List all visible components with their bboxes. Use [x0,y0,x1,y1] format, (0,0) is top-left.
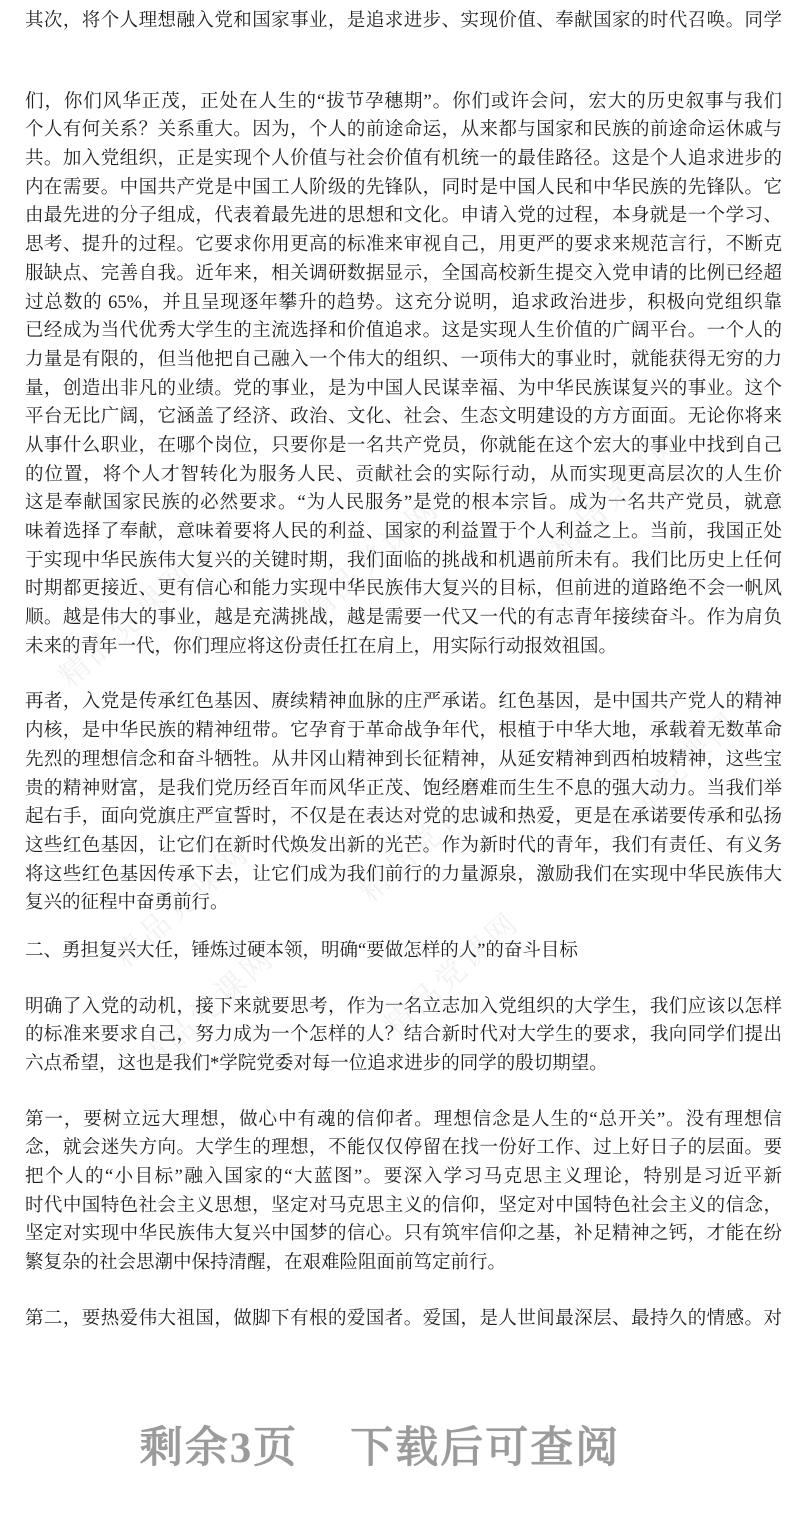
text-line: 已经成为当代优秀大学生的主流选择和价值追求。这是实现人生价值的广阔平台。一个人的 [25,317,782,346]
heading-line: 二、勇担复兴大任，锤炼过硬本领，明确“要做怎样的人”的奋斗目标 [25,937,782,966]
download-banner[interactable]: 剩余3页下载后可查阅 [0,1414,780,1475]
paragraph-first-hope-ideals: 第一，要树立远大理想，做心中有魂的信仰者。理想信念是人生的“总开关”。没有理想信… [25,1106,782,1278]
text-line: 明确了入党的动机，接下来就要思考，作为一名立志加入党组织的大学生，我们应该以怎样 [25,993,782,1022]
text-line: 内在需要。中国共产党是中国工人阶级的先锋队，同时是中国人民和中华民族的先锋队。它 [25,174,782,203]
text-line: 第二，要热爱伟大祖国，做脚下有根的爱国者。爱国，是人世间最深层、最持久的情感。对 [25,1305,782,1334]
text-line: 的标准来要求自己，努力成为一个怎样的人？结合新时代对大学生的要求，我向同学们提出 [25,1021,782,1050]
text-line: 未来的青年一代，你们理应将这份责任扛在肩上，用实际行动报效祖国。 [25,633,782,662]
text-line: 把个人的“小目标”融入国家的“大蓝图”。要深入学习马克思主义理论，特别是习近平新 [25,1163,782,1192]
text-line: 力量是有限的，但当他把自己融入一个伟大的组织、一项伟大的事业时，就能获得无穷的力 [25,346,782,375]
text-line: 六点希望，这也是我们*学院党委对每一位追求进步的同学的殷切期望。 [25,1050,782,1079]
text-line: 思考、提升的过程。它要求你用更高的标准来审视自己，用更严的要求来规范言行，不断克 [25,231,782,260]
text-line: 贵的精神财富，是我们党历经百年而风华正茂、饱经磨难而生生不息的强大动力。当我们举 [25,775,782,804]
text-line: 繁复杂的社会思潮中保持清醒，在艰难险阻面前笃定前行。 [25,1249,782,1278]
text-line: 将这些红色基因传承下去，让它们成为我们前行的力量源泉，激励我们在实现中华民族伟大 [25,861,782,890]
text-line: 的位置，将个人才智转化为服务人民、贡献社会的实际行动，从而实现更高层次的人生价值… [25,461,782,490]
text-line: 从事什么职业，在哪个岗位，只要你是一名共产党员，你就能在这个宏大的事业中找到自己 [25,432,782,461]
text-line: 第一，要树立远大理想，做心中有魂的信仰者。理想信念是人生的“总开关”。没有理想信 [25,1106,782,1135]
text-line: 复兴的征程中奋勇前行。 [25,889,782,918]
download-hint-label: 下载后可查阅 [350,1425,620,1472]
paragraph-red-gene-heritage: 再者，入党是传承红色基因、赓续精神血脉的庄严承诺。红色基因，是中国共产党人的精神… [25,688,782,918]
paragraph-previous-page-tail: 其次，将个人理想融入党和国家事业，是追求进步、实现价值、奉献国家的时代召唤。同学 [25,7,782,36]
text-line: 时期都更接近、更有信心和能力实现中华民族伟大复兴的目标，但前进的道路绝不会一帆风 [25,575,782,604]
text-line: 坚定对实现中华民族伟大复兴中国梦的信心。只有筑牢信仰之基，补足精神之钙，才能在纷 [25,1220,782,1249]
text-line: 顺。越是伟大的事业，越是充满挑战，越是需要一代又一代的有志青年接续奋斗。作为肩负 [25,604,782,633]
text-line: 由最先进的分子组成，代表着最先进的思想和文化。申请入党的过程，本身就是一个学习、 [25,202,782,231]
text-line: 这是奉献国家民族的必然要求。“为人民服务”是党的根本宗旨。成为一名共产党员，就意 [25,489,782,518]
text-line: 内核，是中华民族的精神纽带。它孕育于革命战争年代，根植于中华大地，承载着无数革命 [25,717,782,746]
text-line: 先烈的理想信念和奋斗牺牲。从井冈山精神到长征精神，从延安精神到西柏坡精神，这些宝 [25,746,782,775]
text-line: 共。加入党组织，正是实现个人价值与社会价值有机统一的最佳路径。这是个人追求进步的 [25,145,782,174]
document-body: 其次，将个人理想融入党和国家事业，是追求进步、实现价值、奉献国家的时代召唤。同学… [0,0,800,1334]
text-line: 这些红色基因，让它们在新时代焕发出新的光芒。作为新时代的青年，我们有责任、有义务 [25,832,782,861]
text-line: 其次，将个人理想融入党和国家事业，是追求进步、实现价值、奉献国家的时代召唤。同学 [25,7,782,36]
text-line: 们，你们风华正茂，正处在人生的“拔节孕穗期”。你们或许会问，宏大的历史叙事与我们 [25,88,782,117]
paragraph-six-hopes-intro: 明确了入党的动机，接下来就要思考，作为一名立志加入党组织的大学生，我们应该以怎样… [25,993,782,1079]
paragraph-join-party-motivation: 们，你们风华正茂，正处在人生的“拔节孕穗期”。你们或许会问，宏大的历史叙事与我们… [25,88,782,662]
text-line: 于实现中华民族伟大复兴的关键时期，我们面临的挑战和机遇前所未有。我们比历史上任何 [25,547,782,576]
text-line: 个人有何关系？关系重大。因为，个人的前途命运，从来都与国家和民族的前途命运休戚与 [25,116,782,145]
text-line: 再者，入党是传承红色基因、赓续精神血脉的庄严承诺。红色基因，是中国共产党人的精神 [25,688,782,717]
text-line: 服缺点、完善自我。近年来，相关调研数据显示，全国高校新生提交入党申请的比例已经超 [25,260,782,289]
paragraph-second-hope-patriotism: 第二，要热爱伟大祖国，做脚下有根的爱国者。爱国，是人世间最深层、最持久的情感。对 [25,1305,782,1334]
section-heading-two: 二、勇担复兴大任，锤炼过硬本领，明确“要做怎样的人”的奋斗目标 [25,937,782,966]
text-line: 平台无比广阔，它涵盖了经济、政治、文化、社会、生态文明建设的方方面面。无论你将来 [25,403,782,432]
text-line: 时代中国特色社会主义思想，坚定对马克思主义的信仰，坚定对中国特色社会主义的信念， [25,1192,782,1221]
text-line: 量，创造出非凡的业绩。党的事业，是为中国人民谋幸福、为中华民族谋复兴的事业。这个 [25,375,782,404]
text-line: 过总数的 65%，并且呈现逐年攀升的趋势。这充分说明，追求政治进步，积极向党组织… [25,289,782,318]
text-line: 念，就会迷失方向。大学生的理想，不能仅仅停留在找一份好工作、过上好日子的层面。要 [25,1134,782,1163]
remaining-pages-label: 剩余3页 [140,1425,299,1472]
text-line: 起右手，面向党旗庄严宣誓时，不仅是在表达对党的忠诚和热爱，更是在承诺要传承和弘扬 [25,803,782,832]
document-preview-page: { "watermark": { "text": "精品党课网" }, "foo… [0,0,800,1521]
text-line: 味着选择了奉献，意味着要将人民的利益、国家的利益置于个人利益之上。当前，我国正处 [25,518,782,547]
